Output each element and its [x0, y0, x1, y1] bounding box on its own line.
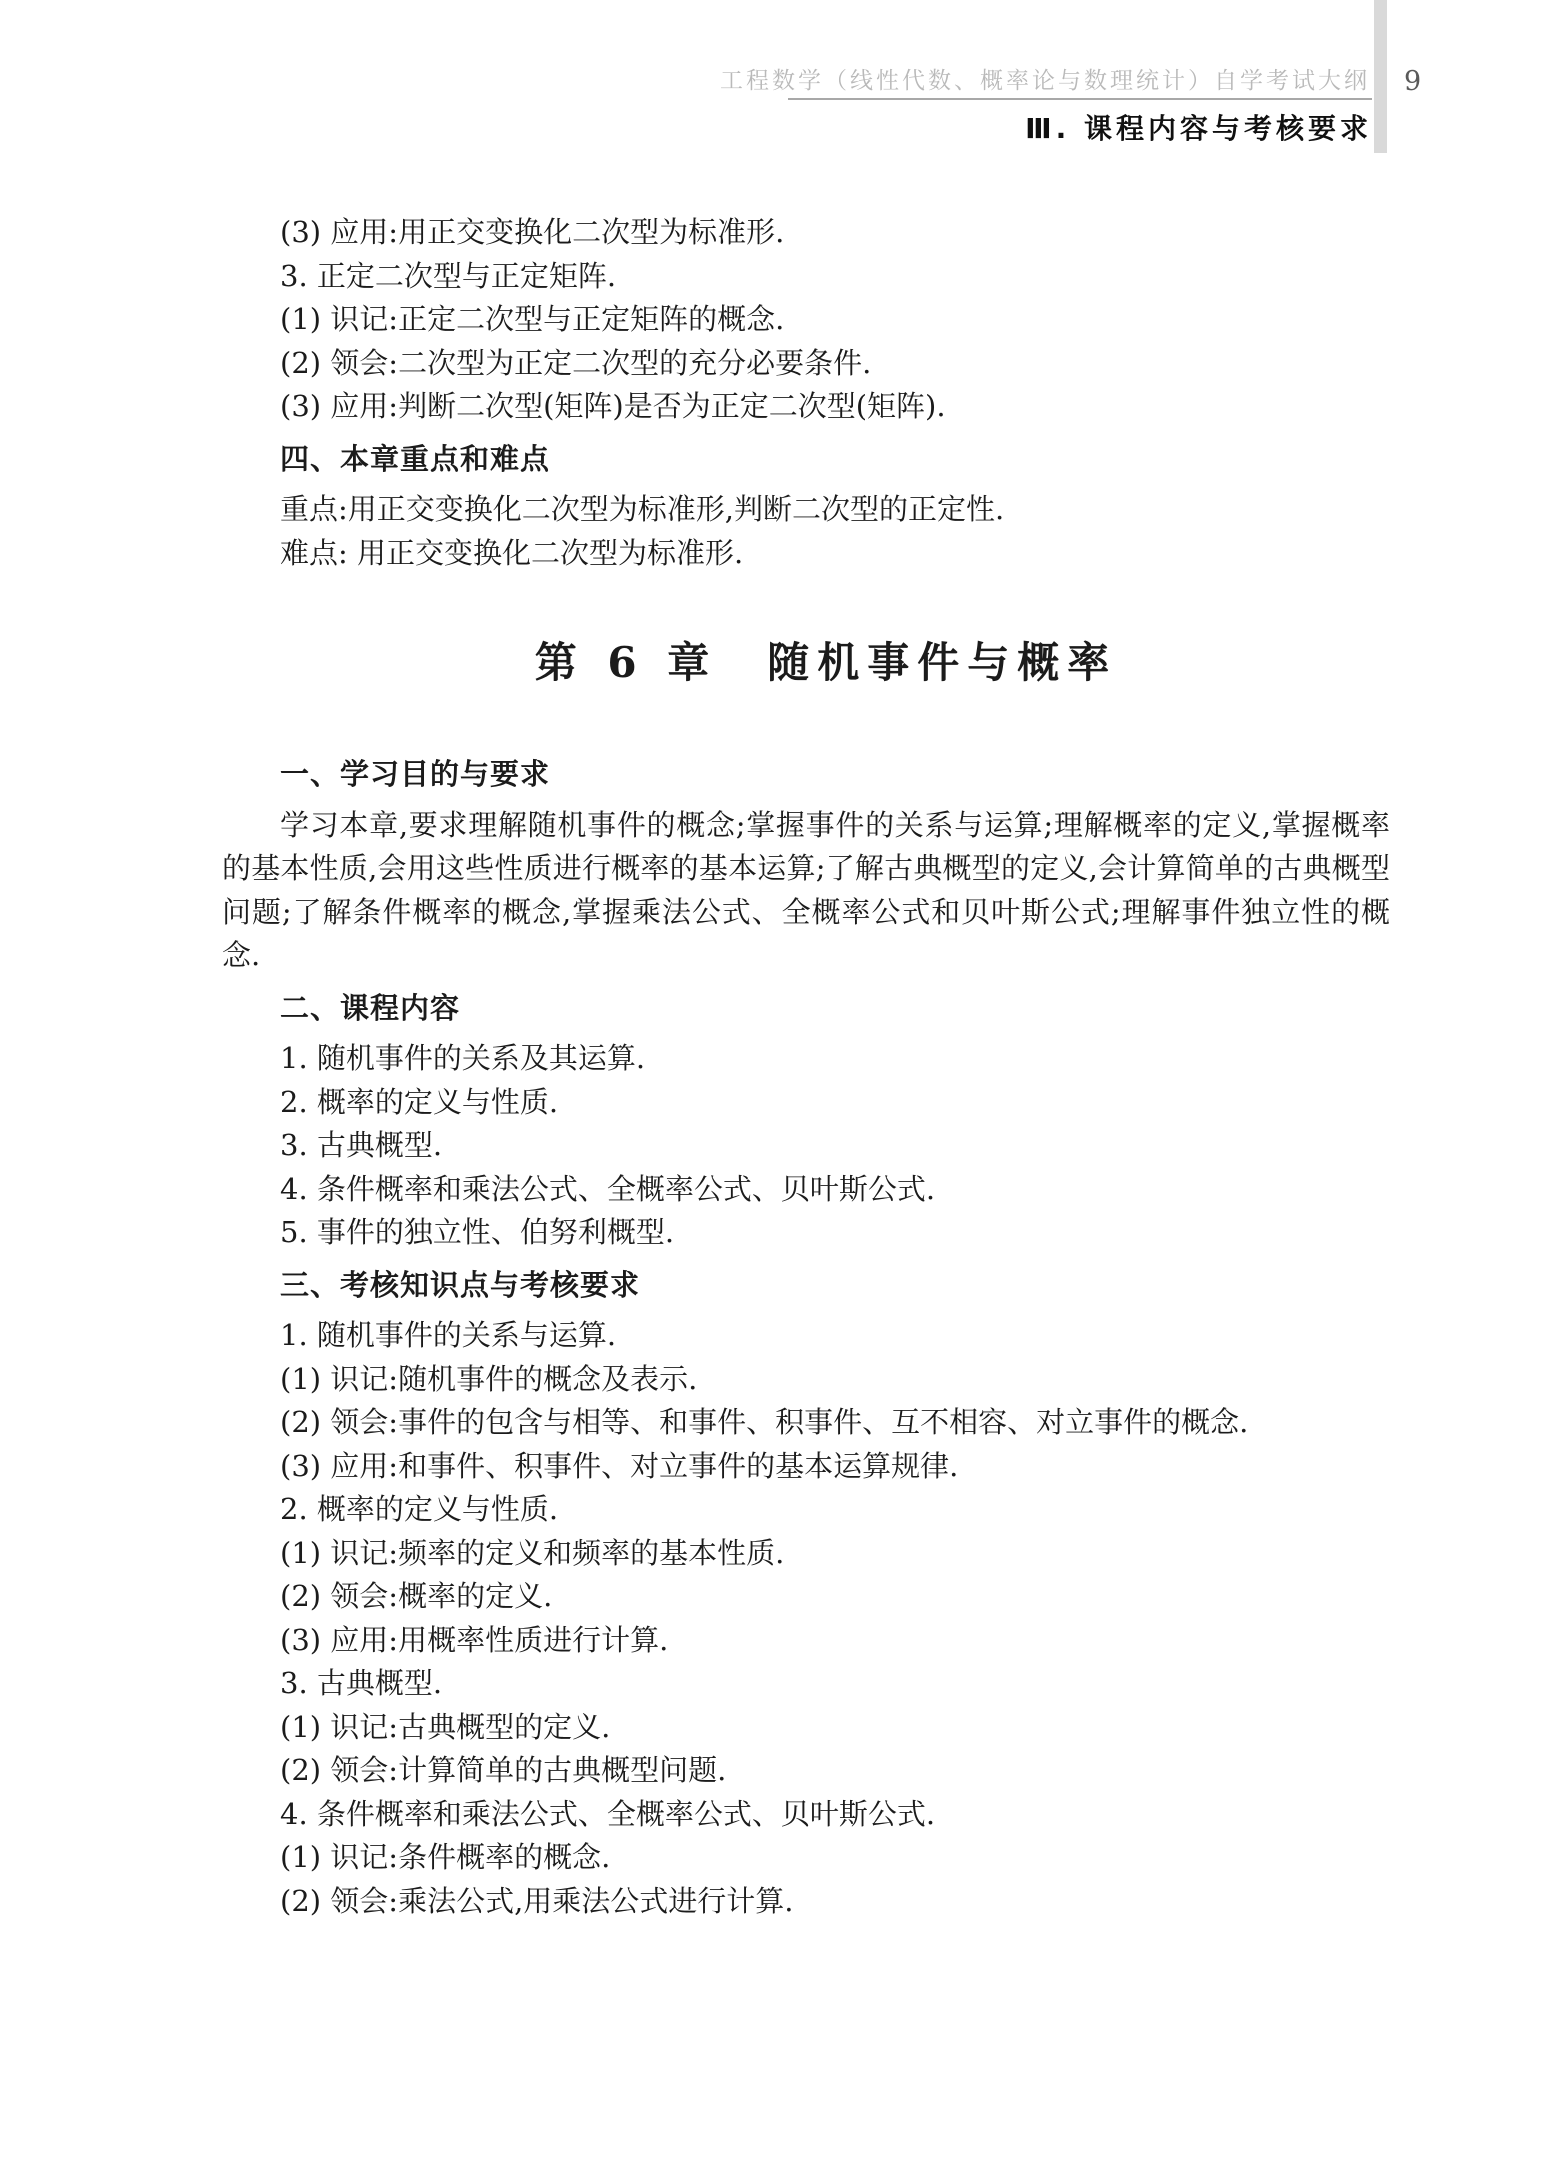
list-item: (2) 领会:概率的定义. [222, 1575, 1390, 1619]
list-item: 4. 条件概率和乘法公式、全概率公式、贝叶斯公式. [222, 1793, 1390, 1837]
text-line: 重点:用正交变换化二次型为标准形,判断二次型的正定性. [222, 488, 1390, 532]
running-head-rule [788, 98, 1372, 100]
text-line: (3) 应用:判断二次型(矩阵)是否为正定二次型(矩阵). [222, 385, 1390, 429]
list-item: (2) 领会:事件的包含与相等、和事件、积事件、互不相容、对立事件的概念. [222, 1401, 1390, 1445]
text-line: 3. 正定二次型与正定矩阵. [222, 255, 1390, 299]
list-item: 2. 概率的定义与性质. [222, 1081, 1390, 1125]
section-heading-objectives: 一、学习目的与要求 [222, 753, 1390, 797]
list-item: (1) 识记:条件概率的概念. [222, 1836, 1390, 1880]
list-item: 4. 条件概率和乘法公式、全概率公式、贝叶斯公式. [222, 1168, 1390, 1212]
running-head-section-title: Ⅲ. 课程内容与考核要求 [1025, 107, 1372, 147]
list-item: 5. 事件的独立性、伯努利概型. [222, 1211, 1390, 1255]
list-item: 2. 概率的定义与性质. [222, 1488, 1390, 1532]
section-heading-course-content: 二、课程内容 [222, 987, 1390, 1031]
list-item: (2) 领会:乘法公式,用乘法公式进行计算. [222, 1880, 1390, 1924]
text-line: (1) 识记:正定二次型与正定矩阵的概念. [222, 298, 1390, 342]
list-item: 3. 古典概型. [222, 1124, 1390, 1168]
page-number: 9 [1404, 66, 1421, 97]
page-edge-bar [1374, 0, 1387, 153]
list-item: 1. 随机事件的关系及其运算. [222, 1037, 1390, 1081]
scanned-book-page: { "colors": { "running_head_gray": "#b9b… [0, 0, 1567, 2174]
list-item: 1. 随机事件的关系与运算. [222, 1314, 1390, 1358]
text-line: (3) 应用:用正交变换化二次型为标准形. [222, 211, 1390, 255]
list-item: (1) 识记:随机事件的概念及表示. [222, 1358, 1390, 1402]
list-item: (2) 领会:计算简单的古典概型问题. [222, 1749, 1390, 1793]
list-item: (1) 识记:古典概型的定义. [222, 1706, 1390, 1750]
list-item: 3. 古典概型. [222, 1662, 1390, 1706]
list-item: (3) 应用:和事件、积事件、对立事件的基本运算规律. [222, 1445, 1390, 1489]
list-item: (1) 识记:频率的定义和频率的基本性质. [222, 1532, 1390, 1576]
objectives-paragraph: 学习本章,要求理解随机事件的概念;掌握事件的关系与运算;理解概率的定义,掌握概率… [222, 804, 1390, 978]
chapter-title: 第 6 章 随机事件与概率 [222, 633, 1390, 693]
text-line: (2) 领会:二次型为正定二次型的充分必要条件. [222, 342, 1390, 386]
section-heading-assessment: 三、考核知识点与考核要求 [222, 1264, 1390, 1308]
list-item: (3) 应用:用概率性质进行计算. [222, 1619, 1390, 1663]
page-body: (3) 应用:用正交变换化二次型为标准形. 3. 正定二次型与正定矩阵. (1)… [222, 211, 1390, 1923]
running-head-book-title: 工程数学（线性代数、概率论与数理统计）自学考试大纲 [720, 62, 1370, 95]
section-heading-focus: 四、本章重点和难点 [222, 438, 1390, 482]
text-line: 难点: 用正交变换化二次型为标准形. [222, 532, 1390, 576]
